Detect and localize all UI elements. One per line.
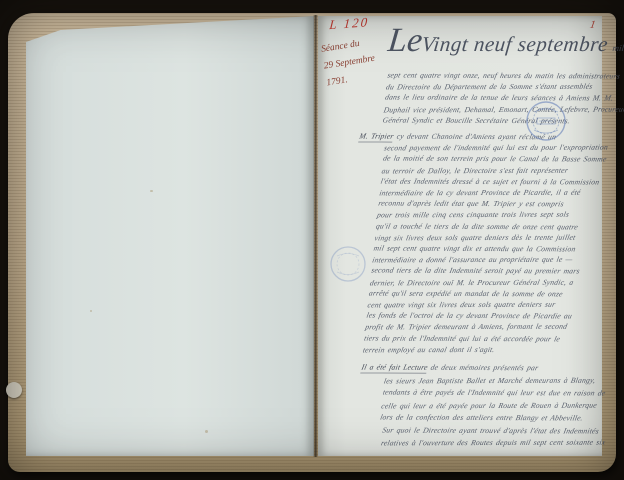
manuscript-line: relatives à l'ouverture des Routes depui…: [380, 437, 607, 450]
paragraph-opening-phrase: Il a été fait Lecture: [360, 362, 428, 373]
archival-cote-label: L 120: [329, 14, 370, 33]
paragraph-tripier-indemnity: M. Tripier cy devant Chanoine d'Amiens a…: [362, 131, 609, 355]
manuscript-line: de la moitié de son terrein pris pour le…: [382, 153, 608, 165]
paper-speck: [150, 190, 153, 192]
manuscript-line: Il a été fait Lecture de deux mémoires p…: [360, 361, 609, 375]
manuscript-line: profit de M. Tripier demeurant à Amiens,…: [364, 321, 590, 333]
manuscript-line: l'état des Indemnités dressé à ce sujet …: [380, 175, 606, 187]
manuscript-line: tiers du prix de l'Indemnité qui lui a é…: [363, 332, 589, 344]
manuscript-line: qu'il a touché le tiers de la dite somme…: [375, 220, 601, 232]
session-margin-note: Séance du 29 Septembre 1791.: [320, 34, 379, 92]
heading-suffix: mil: [612, 43, 624, 53]
manuscript-line: au terroir de Dalloy, le Directoire s'es…: [381, 164, 607, 176]
manuscript-line: terrein employé au canal dont il s'agit.: [362, 343, 588, 355]
paper-tab: [6, 382, 22, 398]
paragraph-directoire-decision: Sur quoi le Directoire ayant trouvé d'ap…: [380, 425, 607, 449]
paper-speck: [205, 430, 208, 433]
manuscript-line: lors de la confection des atteliers entr…: [379, 412, 604, 426]
manuscript-line: dernier, le Directoire ouï M. le Procure…: [369, 276, 595, 288]
archive-stamp-icon-faint: [328, 244, 368, 284]
manuscript-line: vingt six livres deux sols quatre denier…: [374, 231, 600, 243]
heading-initial: Le: [386, 22, 424, 59]
paper-speck: [90, 310, 92, 312]
paragraph-memoires-lecture: Il a été fait Lecture de deux mémoires p…: [379, 362, 608, 425]
paragraph-opening-name: M. Tripier: [358, 131, 395, 142]
manuscript-line: Duphail vice président, Dehamal, Emonart…: [383, 103, 624, 115]
manuscript-line: tendants à être payés de l'Indemnité qui…: [381, 387, 606, 401]
manuscript-scan: L 120 Séance du 29 Septembre 1791. 1 LeV…: [0, 0, 624, 480]
left-page-blank: [26, 16, 314, 456]
manuscript-line: arrêté qu'il sera expédié un mandat de l…: [368, 287, 594, 299]
manuscript-line: second tiers de la dite Indemnité seroit…: [370, 265, 596, 277]
manuscript-line-text: de deux mémoires présentés par: [430, 363, 539, 372]
manuscript-line: dans le lieu ordinaire de la tenue de le…: [384, 92, 624, 104]
heading-text: Vingt neuf septembre: [421, 32, 610, 56]
manuscript-line: Général Syndic et Boucille Secrétaire Gé…: [382, 114, 624, 126]
book-gutter: [313, 15, 318, 457]
manuscript-line: pour trois mille cinq cens cinquante tro…: [376, 209, 602, 221]
manuscript-line: les sieurs Jean Baptiste Ballet et March…: [383, 374, 608, 387]
page-heading: LeVingt neuf septembremil: [386, 24, 604, 58]
paragraph-session-opening: sept cent quatre vingt onze, neuf heures…: [382, 70, 624, 126]
archive-stamp-icon: [524, 99, 568, 143]
manuscript-line: Sur quoi le Directoire ayant trouvé d'ap…: [381, 425, 608, 438]
